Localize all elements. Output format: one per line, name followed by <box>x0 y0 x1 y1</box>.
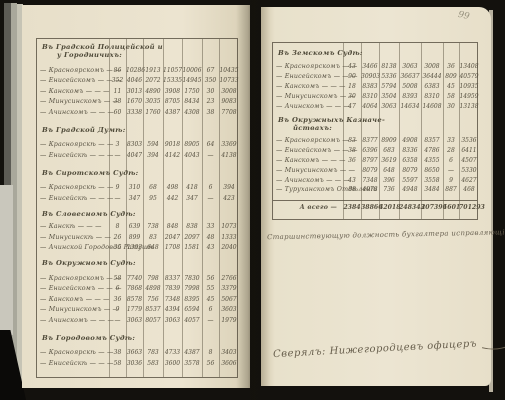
row-label: — Красноярскомъ — — <box>37 67 109 74</box>
cell: 88 <box>343 186 361 193</box>
cell: 8797 <box>361 157 379 164</box>
cell: — <box>343 167 361 174</box>
row-label: — Ачинскомъ — — — <box>37 317 109 324</box>
cell: 36 <box>109 296 126 303</box>
cell: 583 <box>143 360 163 367</box>
cell: 8357 <box>421 137 443 144</box>
cell: 8 <box>202 349 219 356</box>
row-label: — Канскомъ — — — <box>37 88 109 95</box>
cell: 4355 <box>421 157 443 164</box>
cell: 40579 <box>459 73 479 80</box>
cell: 4890 <box>143 88 163 95</box>
row-label: — Канскѣ — — — <box>37 223 109 230</box>
cell: 418 <box>182 184 202 191</box>
cell: 4308 <box>182 109 202 116</box>
cell: 1779 <box>126 306 143 313</box>
section-rows: — Красноярскомъ — — 83837789094908835733… <box>273 136 477 195</box>
cell: 3379 <box>219 285 239 292</box>
cell: 394 <box>143 152 163 159</box>
right-ledger-table: Въ Земскомъ Судѣ: — Красноярскомъ — — 43… <box>272 42 478 220</box>
table-row: — Енисейскомъ — — — 67868489878397998553… <box>37 284 237 295</box>
cell: 7740 <box>126 275 143 282</box>
table-row: — Ачинскомъ — — — —3063805730634057—1979 <box>37 315 237 326</box>
cell: 3466 <box>361 63 379 70</box>
cell: 3619 <box>379 157 399 164</box>
cell: 4387 <box>182 349 202 356</box>
section-title: Въ Земскомъ Судѣ: <box>273 49 477 57</box>
table-row: — Красноярскѣ — — 3830359490188905643369 <box>37 140 237 151</box>
cell: — <box>202 195 219 202</box>
book-fore-edge-highlight <box>0 185 13 335</box>
cell: 3663 <box>126 349 143 356</box>
table-row: — Ачинскомъ — — — 4740643063146341460830… <box>273 101 477 111</box>
row-label: — Красноярскомъ — — <box>273 137 343 144</box>
column-rule <box>182 39 183 377</box>
totals-cell: 701293 <box>459 204 479 211</box>
cell: 11 <box>109 88 126 95</box>
cell: 352 <box>109 77 126 84</box>
totals-cell: 2384 <box>343 204 361 211</box>
scanned-ledger-photo: Въ Градской Полицейской и у Городничихъ:… <box>0 0 505 400</box>
cell: 4733 <box>163 349 182 356</box>
column-rule <box>459 43 460 219</box>
totals-row: А всего — 238438866420182483432073961601… <box>273 200 477 214</box>
column-rule <box>143 39 144 377</box>
cell: 38 <box>109 349 126 356</box>
cell: — <box>202 152 219 159</box>
cell: 38 <box>343 147 361 154</box>
table-row: — Красноярскѣ — — 3836637834733438783403 <box>37 348 237 359</box>
cell: — <box>443 167 459 174</box>
cell: 3578 <box>182 360 202 367</box>
row-label: — Туруханскомъ Отдѣленіи <box>273 186 343 193</box>
totals-cell: 207396 <box>421 204 443 211</box>
cell: 347 <box>182 195 202 202</box>
table-row: — Красноярскѣ — — 9310684984186394 <box>37 183 237 194</box>
section-title: Въ Окружномъ Судѣ: <box>37 259 237 267</box>
cell: 4898 <box>143 285 163 292</box>
cell: 3013 <box>126 88 143 95</box>
cell: 56 <box>202 275 219 282</box>
row-label: — Енисейскомъ — — — <box>273 73 343 80</box>
cell: 28 <box>443 147 459 154</box>
cell: 10006 <box>182 67 202 74</box>
cell: 8705 <box>163 98 182 105</box>
cell: 1979 <box>219 317 239 324</box>
column-rule <box>219 39 220 377</box>
cell: 8377 <box>361 137 379 144</box>
row-label: — Ачинской Городовой Ратушѣ <box>37 244 109 251</box>
cell: 683 <box>379 147 399 154</box>
cell: 3338 <box>126 109 143 116</box>
cell: 30 <box>343 93 361 100</box>
section-rows: — Красноярскѣ — — 3830359490188905643369… <box>37 140 237 161</box>
cell: 3536 <box>459 137 479 144</box>
table-row: — Канскомъ — — — 18838357945008638345109… <box>273 82 477 92</box>
section-rows: — Канскѣ — — — 8639738848838331073 — Мин… <box>37 222 237 254</box>
cell: 648 <box>143 244 163 251</box>
cell: 3600 <box>163 360 182 367</box>
cell: 18 <box>343 83 361 90</box>
cell: 2766 <box>219 275 239 282</box>
cell: — <box>109 317 126 324</box>
cell: 639 <box>126 223 143 230</box>
table-row: — Туруханскомъ Отдѣленіи 884078736494834… <box>273 185 477 195</box>
cell: 48 <box>202 234 219 241</box>
cell: 6594 <box>182 306 202 313</box>
cell: 64 <box>202 141 219 148</box>
section: Въ Городовомъ Судѣ: — Красноярскѣ — — 38… <box>37 334 237 369</box>
cell: 8434 <box>182 98 202 105</box>
cell: — <box>109 195 126 202</box>
column-rule <box>109 39 110 377</box>
row-label: — Ачинскомъ — — — <box>273 177 343 184</box>
table-row: — Минусинскомъ — — —807964880798650—5330 <box>273 165 477 175</box>
table-row: — Енисейскомъ — — — 38639668383364786286… <box>273 146 477 156</box>
cell: 10286 <box>126 67 143 74</box>
section: Въ Окружномъ Судѣ: — Красноярскомъ — — 5… <box>37 259 237 326</box>
table-row: — Минусинскомъ — — 917798537439465946360… <box>37 305 237 316</box>
signature-text: Сверялъ: Нижегородцевъ офицеръ <box>273 338 477 360</box>
cell: 3035 <box>143 98 163 105</box>
cell: 8909 <box>379 137 399 144</box>
cell: 3063 <box>399 63 421 70</box>
cell: 3606 <box>219 360 239 367</box>
cell: 783 <box>143 349 163 356</box>
cell: 3504 <box>379 93 399 100</box>
row-label: — Енисейскомъ — — — <box>37 285 109 292</box>
cell: 36 <box>343 157 361 164</box>
cell: 14634 <box>399 103 421 110</box>
row-label: — Минусинскомъ — — <box>37 98 109 105</box>
cell: 30903 <box>361 73 379 80</box>
table-row: — Ачинской Городовой Ратушѣ 361303648170… <box>37 243 237 254</box>
row-label: — Ачинскомъ — — — <box>273 103 343 110</box>
table-row: — Красноярскомъ — — 58774079883377830562… <box>37 273 237 284</box>
cell: 4047 <box>126 152 143 159</box>
row-label: — Енисейскѣ — — — <box>37 152 109 159</box>
cell: 4908 <box>399 137 421 144</box>
table-row: — Канскомъ — — — 36879736196358435564507 <box>273 156 477 166</box>
row-label: — Канскомъ — — — <box>37 296 109 303</box>
handwritten-note: Старшинствующую должность бухгалтера исп… <box>267 227 487 244</box>
cell: 38 <box>109 98 126 105</box>
cell: 8395 <box>182 296 202 303</box>
cell: 347 <box>126 195 143 202</box>
cell: 8578 <box>126 296 143 303</box>
cell: 4387 <box>163 109 182 116</box>
row-label: — Ачинскомъ — — — <box>37 109 109 116</box>
cell: 4627 <box>459 177 479 184</box>
cell: 7868 <box>126 285 143 292</box>
cell: 8310 <box>421 93 443 100</box>
cell: 8057 <box>143 317 163 324</box>
column-rule <box>399 43 400 219</box>
cell: 8650 <box>421 167 443 174</box>
cell: 4138 <box>219 152 239 159</box>
column-rule <box>126 39 127 377</box>
page-number: 99 <box>457 10 470 22</box>
table-row: — Ачинскомъ — — — 4373483965597355894627 <box>273 175 477 185</box>
right-page: 99 Въ Земскомъ Судѣ: — Красноярскомъ — —… <box>261 7 491 386</box>
section-title: йствахъ: <box>273 124 477 132</box>
table-row: — Минусинскѣ — — 268998320472097481333 <box>37 232 237 243</box>
cell: 68 <box>143 184 163 191</box>
cell: 3603 <box>219 306 239 313</box>
cell: 848 <box>163 223 182 230</box>
row-label: — Красноярскѣ — — <box>37 349 109 356</box>
cell: 8537 <box>143 306 163 313</box>
cell: 5330 <box>459 167 479 174</box>
cell: 2072 <box>143 77 163 84</box>
table-row: — Канскомъ — — — 11301348903908175030300… <box>37 86 237 97</box>
cell: 8905 <box>182 141 202 148</box>
cell: 736 <box>379 186 399 193</box>
row-label: — Красноярскѣ — — <box>37 141 109 148</box>
cell: 45 <box>443 83 459 90</box>
cell: 498 <box>163 184 182 191</box>
cell: 648 <box>379 167 399 174</box>
cell: 4948 <box>399 186 421 193</box>
cell: 7348 <box>163 296 182 303</box>
row-label: — Красноярскомъ — — <box>37 275 109 282</box>
cell: 58 <box>109 360 126 367</box>
cell: 4057 <box>182 317 202 324</box>
cell: 809 <box>443 73 459 80</box>
cell: 7708 <box>219 109 239 116</box>
row-label: — Минусинскомъ — — <box>273 167 343 174</box>
cell: 8 <box>109 223 126 230</box>
cell: 5597 <box>399 177 421 184</box>
cell: 5067 <box>219 296 239 303</box>
cell: 95 <box>143 195 163 202</box>
cell: 468 <box>459 186 479 193</box>
section-title: Въ Городовомъ Судѣ: <box>37 334 237 342</box>
table-row: — Енисейскѣ — — — 5830365833600357856360… <box>37 358 237 369</box>
table-row: — Ачинскомъ — — — 6033381760438743083877… <box>37 107 237 118</box>
cell: 5336 <box>379 73 399 80</box>
cell: 4142 <box>163 152 182 159</box>
cell: 6383 <box>421 83 443 90</box>
cell: 3908 <box>163 88 182 95</box>
cell: 23 <box>202 98 219 105</box>
cell: 7998 <box>182 285 202 292</box>
totals-label: А всего — <box>273 204 343 211</box>
cell: 738 <box>143 223 163 230</box>
column-rule <box>421 43 422 219</box>
column-rule <box>361 43 362 219</box>
totals-cell: 1601 <box>443 204 459 211</box>
table-row: — Канскѣ — — — 8639738848838331073 <box>37 222 237 233</box>
section-rows: — Красноярскомъ — — 43346681383063300836… <box>273 62 477 111</box>
cell: 3063 <box>163 317 182 324</box>
section: Въ Окружныхъ Казначе- йствахъ: — Красноя… <box>273 116 477 195</box>
cell: 1073 <box>219 223 239 230</box>
left-page: Въ Градской Полицейской и у Городничихъ:… <box>22 5 250 388</box>
cell: 55 <box>202 285 219 292</box>
cell: 43 <box>343 63 361 70</box>
cell: 7839 <box>163 285 182 292</box>
cell: 1760 <box>143 109 163 116</box>
cell: 1913 <box>143 67 163 74</box>
cell: 13408 <box>459 63 479 70</box>
cell: 3063 <box>379 103 399 110</box>
cell: — <box>202 317 219 324</box>
cell: 887 <box>443 186 459 193</box>
section-title: Въ Словесномъ Судѣ: <box>37 210 237 218</box>
flourish-icon <box>480 334 505 352</box>
cell: 756 <box>143 296 163 303</box>
cell: 47 <box>343 103 361 110</box>
column-rule <box>443 43 444 219</box>
table-row: — Красноярскомъ — — 43346681383063300836… <box>273 62 477 72</box>
section: Въ Градской Думѣ: — Красноярскѣ — — 3830… <box>37 126 237 161</box>
column-rule <box>379 43 380 219</box>
row-label: — Енисейскѣ — — — <box>37 195 109 202</box>
cell: 86 <box>109 67 126 74</box>
cell: 10935 <box>459 83 479 90</box>
cell: 6411 <box>459 147 479 154</box>
cell: 9018 <box>163 141 182 148</box>
cell: 3558 <box>421 177 443 184</box>
cell: 6358 <box>399 157 421 164</box>
cell: 423 <box>219 195 239 202</box>
table-row: — Енисейскомъ — — — 35240462072153351494… <box>37 76 237 87</box>
section: Въ Сиротскомъ Судѣ: — Красноярскѣ — — 93… <box>37 169 237 204</box>
cell: 1581 <box>182 244 202 251</box>
left-ledger-table: Въ Градской Полицейской и у Городничихъ:… <box>36 38 238 378</box>
cell: 3008 <box>219 88 239 95</box>
cell: 58 <box>443 93 459 100</box>
section-title: Въ Окружныхъ Казначе- <box>273 116 477 124</box>
cell: 4394 <box>163 306 182 313</box>
cell: 8310 <box>361 93 379 100</box>
section-title: Въ Сиротскомъ Судѣ: <box>37 169 237 177</box>
cell: 1670 <box>126 98 143 105</box>
cell: 4786 <box>421 147 443 154</box>
cell: 45 <box>202 296 219 303</box>
section: Въ Земскомъ Судѣ: — Красноярскомъ — — 43… <box>273 49 477 111</box>
cell: 6 <box>443 157 459 164</box>
table-row: — Енисейскѣ — — — —34795442347—423 <box>37 193 237 204</box>
cell: 7830 <box>182 275 202 282</box>
row-label: — Минусинскомъ — — <box>273 93 343 100</box>
cell: 67 <box>202 67 219 74</box>
cell: 4078 <box>361 186 379 193</box>
cell: 14945 <box>182 77 202 84</box>
cell: 8303 <box>126 141 143 148</box>
table-row: — Минусинскомъ — — 308310350483938310581… <box>273 91 477 101</box>
row-label: — Енисейскѣ — — — <box>37 360 109 367</box>
cell: 396 <box>379 177 399 184</box>
cell: 36444 <box>421 73 443 80</box>
cell: 36637 <box>399 73 421 80</box>
cell: 9083 <box>219 98 239 105</box>
row-label: — Минусинскомъ — — <box>37 306 109 313</box>
cell: 350 <box>202 77 219 84</box>
column-rule <box>202 39 203 377</box>
section: Въ Градской Полицейской и у Городничихъ:… <box>37 43 237 118</box>
cell: 13138 <box>459 103 479 110</box>
cell: 8393 <box>399 93 421 100</box>
cell: 56 <box>202 360 219 367</box>
cell: — <box>109 152 126 159</box>
section-rows: — Красноярскѣ — — 9310684984186394 — Ени… <box>37 183 237 204</box>
cell: 83 <box>143 234 163 241</box>
section-rows: — Красноярскомъ — — 86102861913110571000… <box>37 65 237 118</box>
section: Въ Словесномъ Судѣ: — Канскѣ — — — 86397… <box>37 210 237 254</box>
cell: 43 <box>202 244 219 251</box>
cell: 58 <box>109 275 126 282</box>
cell: 5008 <box>399 83 421 90</box>
cell: 3484 <box>421 186 443 193</box>
row-label: — Енисейскомъ — — — <box>37 77 109 84</box>
cell: 33 <box>202 223 219 230</box>
table-row: — Енисейскомъ — — — 90309035336366373644… <box>273 72 477 82</box>
cell: 43 <box>343 177 361 184</box>
cell: 36 <box>109 244 126 251</box>
cell: 60 <box>109 109 126 116</box>
cell: 83 <box>343 137 361 144</box>
cell: 8079 <box>399 167 421 174</box>
cell: 6 <box>202 306 219 313</box>
signature-line: Сверялъ: Нижегородцевъ офицеръ <box>273 335 489 362</box>
cell: 6 <box>109 285 126 292</box>
cell: 394 <box>219 184 239 191</box>
cell: 594 <box>143 141 163 148</box>
cell: 798 <box>143 275 163 282</box>
cell: 9 <box>443 177 459 184</box>
row-label: — Красноярскомъ — — <box>273 63 343 70</box>
cell: 4046 <box>126 77 143 84</box>
table-row: — Минусинскомъ — — 381670303587058434239… <box>37 97 237 108</box>
cell: 14959 <box>459 93 479 100</box>
cell: 30 <box>443 103 459 110</box>
section-title: Въ Градской Полицейской и <box>37 43 237 51</box>
column-rule <box>163 39 164 377</box>
handwritten-note-text: Старшинствующую должность бухгалтера исп… <box>267 228 505 242</box>
section-title: Въ Градской Думѣ: <box>37 126 237 134</box>
cell: 1708 <box>163 244 182 251</box>
row-label: — Енисейскомъ — — — <box>273 147 343 154</box>
cell: 36 <box>443 63 459 70</box>
table-row: — Красноярскомъ — — 86102861913110571000… <box>37 65 237 76</box>
cell: 33 <box>443 137 459 144</box>
section-title: у Городничихъ: <box>37 51 237 59</box>
cell: 30 <box>202 88 219 95</box>
cell: 3063 <box>126 317 143 324</box>
cell: 1750 <box>182 88 202 95</box>
section-rows: — Красноярскомъ — — 58774079883377830562… <box>37 273 237 326</box>
totals-cell: 38866 <box>361 204 379 211</box>
cell: 15335 <box>163 77 182 84</box>
cell: 8138 <box>379 63 399 70</box>
section-rows: — Красноярскѣ — — 3836637834733438783403… <box>37 348 237 369</box>
cell: 4043 <box>182 152 202 159</box>
table-row: — Енисейскѣ — — — —404739441424043—4138 <box>37 150 237 161</box>
cell: 3008 <box>421 63 443 70</box>
cell: 2040 <box>219 244 239 251</box>
totals-cell: 42018 <box>379 204 399 211</box>
cell: 14608 <box>421 103 443 110</box>
cell: 310 <box>126 184 143 191</box>
table-row: — Красноярскомъ — — 83837789094908835733… <box>273 136 477 146</box>
table-row: — Канскомъ — — — 36857875673488395455067 <box>37 294 237 305</box>
cell: 4064 <box>361 103 379 110</box>
cell: 1303 <box>126 244 143 251</box>
cell: 1333 <box>219 234 239 241</box>
cell: 8079 <box>361 167 379 174</box>
